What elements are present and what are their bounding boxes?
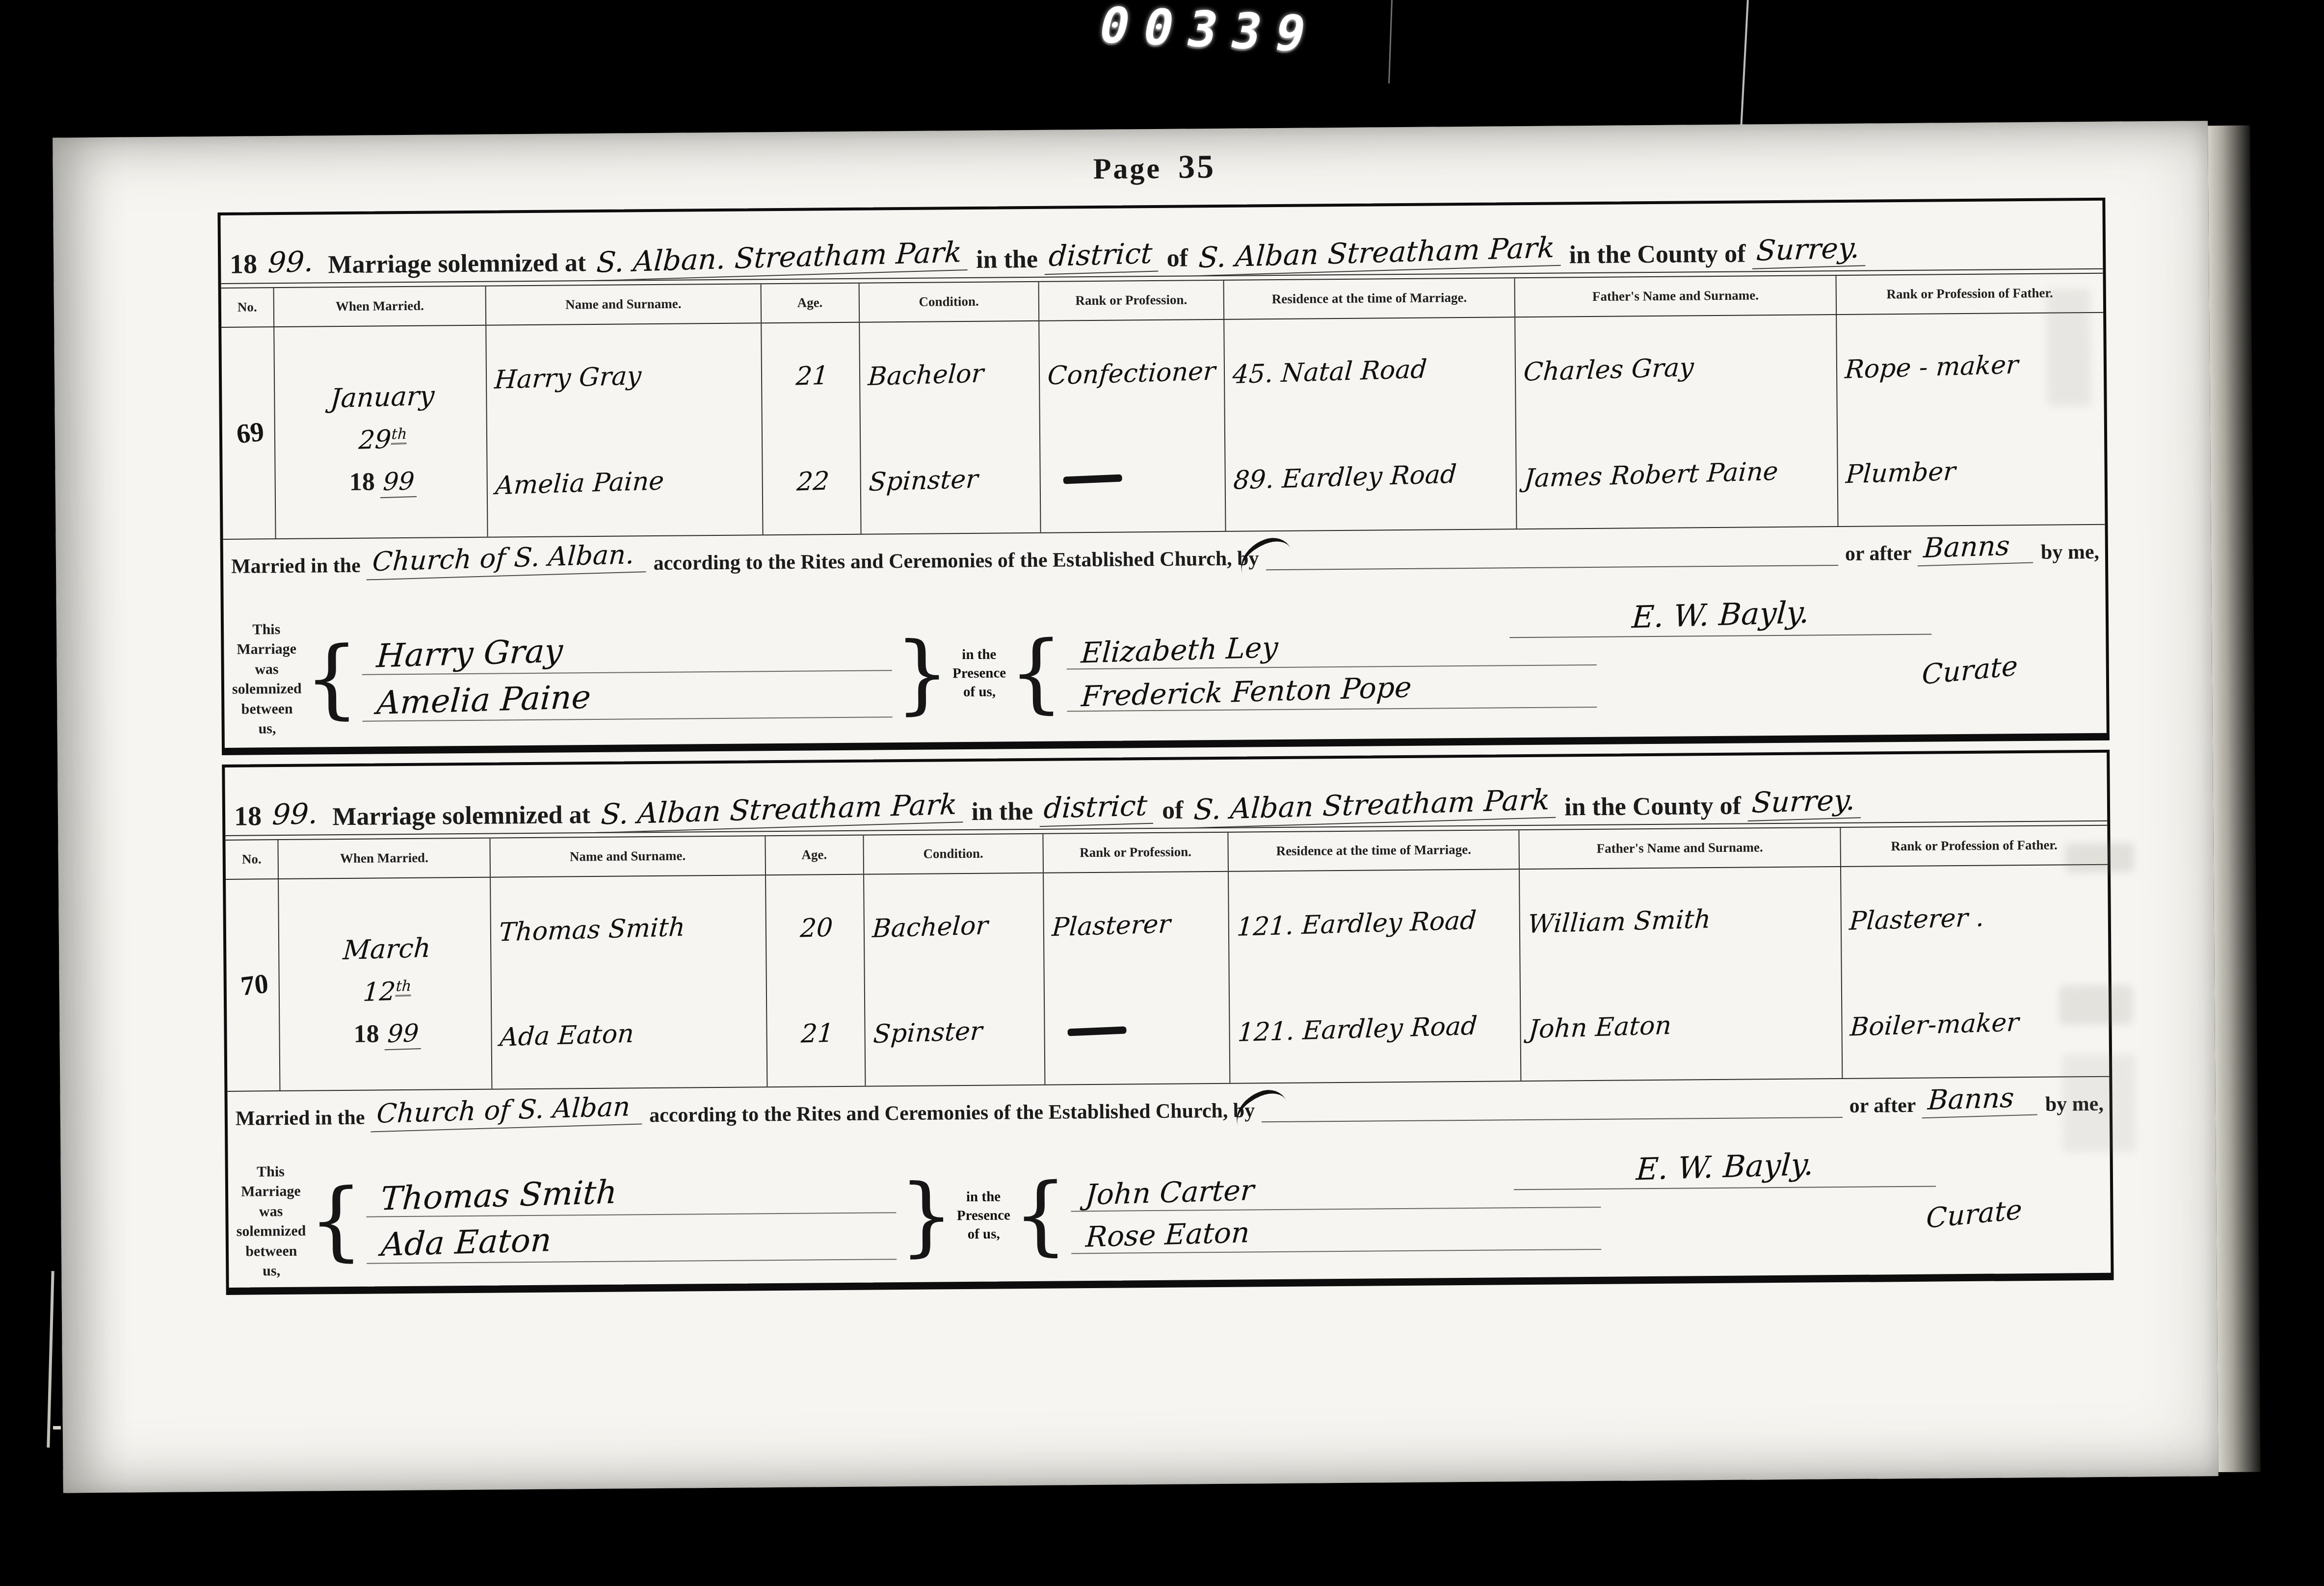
- groom-profession: Confectioner: [1047, 358, 1216, 389]
- film-scratch-line: [1388, 0, 1393, 83]
- bleed-through-smudge: [2062, 1054, 2137, 1152]
- marriage-year: 18 99: [353, 1019, 422, 1050]
- marriage-day: 29th: [358, 424, 408, 455]
- blank-rule: [1266, 538, 1838, 570]
- district-word: district: [1045, 237, 1160, 275]
- bride-father-rank: Boiler-maker: [1849, 1009, 2019, 1040]
- col-header-no: No.: [221, 288, 274, 327]
- groom-condition: Bachelor: [867, 361, 984, 390]
- col-header-condition: Condition.: [863, 834, 1043, 874]
- bride-name: Ada Eaton: [499, 1021, 634, 1050]
- district-place-value: S. Alban Streatham Park: [1190, 783, 1558, 828]
- brace-close: }: [899, 1184, 954, 1249]
- brace-open: {: [1013, 1183, 1068, 1248]
- witness-signatures: Elizabeth Ley Frederick Fenton Pope: [1066, 630, 1597, 712]
- or-after-label: or after: [1845, 542, 1912, 566]
- by-me-label: by me,: [2041, 540, 2099, 564]
- when-married-cell: March 12th 18 99: [287, 918, 487, 1050]
- col-header-name-surname: Name and Surname.: [490, 836, 765, 876]
- marriage-entry-69: 18 99. Marriage solemnized at S. Alban. …: [217, 198, 2110, 755]
- brace-open: {: [304, 646, 359, 711]
- entry-lower-section: Married in the Church of S. Alban. accor…: [223, 524, 2107, 744]
- col-header-residence: Residence at the time of Marriage.: [1223, 278, 1514, 319]
- bride-signature: Amelia Paine: [376, 678, 592, 722]
- entry-number: 70: [239, 968, 270, 1003]
- rites-line: Married in the Church of S. Alban accord…: [236, 1082, 2104, 1131]
- register-paper: Page35 18 99. Marriage solemnized at S. …: [53, 121, 2218, 1493]
- bride-age: 21: [800, 1020, 834, 1047]
- rites-label: according to the Rites and Ceremonies of…: [653, 547, 1259, 575]
- marriage-day: 12th: [362, 976, 412, 1007]
- groom-residence: 121. Eardley Road: [1236, 907, 1477, 940]
- witness-signature-1: John Carter: [1084, 1173, 1255, 1212]
- col-header-name-surname: Name and Surname.: [485, 284, 761, 324]
- signature-area: This Marriage was solemnized between us,…: [232, 610, 1577, 739]
- year-prefix: 18: [230, 248, 258, 280]
- place-value: S. Alban. Streatham Park: [592, 235, 969, 281]
- col-header-residence: Residence at the time of Marriage.: [1227, 830, 1519, 871]
- groom-father-rank: Rope - maker: [1844, 352, 2019, 382]
- page-label: Page: [1093, 152, 1162, 185]
- witness-signature-1: Elizabeth Ley: [1080, 631, 1279, 670]
- groom-residence: 45. Natal Road: [1232, 356, 1427, 387]
- groom-signature: Harry Gray: [375, 632, 564, 675]
- col-header-no: No.: [225, 840, 278, 879]
- groom-age: 20: [800, 915, 834, 941]
- married-in-label: Married in the: [231, 554, 361, 579]
- microfilm-frame-counter: 00339: [1094, 0, 1326, 63]
- or-after-label: or after: [1849, 1094, 1916, 1118]
- col-header-when-married: When Married.: [277, 839, 490, 878]
- marriage-month: March: [342, 932, 431, 965]
- marriage-entry-70: 18 99. Marriage solemnized at S. Alban S…: [222, 750, 2113, 1295]
- groom-father: Charles Gray: [1523, 354, 1695, 385]
- solemnized-at-label: Marriage solemnized at: [328, 248, 586, 279]
- blank-rule: [1262, 1090, 1843, 1122]
- county-value: Surrey.: [1748, 783, 1863, 821]
- book-spine-mark: [53, 1426, 61, 1429]
- rites-line: Married in the Church of S. Alban. accor…: [231, 530, 2099, 579]
- marriage-month: January: [329, 380, 435, 414]
- bleed-through-smudge: [2046, 289, 2091, 407]
- bride-residence: 121. Eardley Road: [1237, 1013, 1478, 1045]
- col-header-rank-profession: Rank or Profession.: [1038, 281, 1223, 320]
- groom-age: 21: [795, 363, 829, 389]
- solemnized-at-label: Marriage solemnized at: [332, 800, 590, 831]
- year-prefix: 18: [234, 800, 262, 832]
- page-number: 35: [1178, 148, 1216, 185]
- bride-profession-dash: [1063, 474, 1123, 484]
- bride-profession-dash: [1067, 1026, 1127, 1036]
- bleed-through-smudge: [2065, 843, 2134, 872]
- married-in-label: Married in the: [236, 1106, 365, 1131]
- col-header-father-name: Father's Name and Surname.: [1514, 276, 1836, 317]
- this-marriage-label: This Marriage was solemnized between us,: [236, 1162, 307, 1281]
- county-of-label: in the County of: [1564, 792, 1741, 822]
- bride-father-rank: Plumber: [1845, 458, 1956, 487]
- officiant-title: Curate: [1926, 1194, 2022, 1235]
- book-spine-highlight: [47, 1271, 54, 1448]
- presence-label: in the Presence of us,: [956, 1188, 1010, 1244]
- groom-father-rank: Plasterer .: [1849, 904, 1985, 934]
- county-of-label: in the County of: [1569, 239, 1745, 270]
- marriage-year: 18 99: [349, 467, 418, 498]
- couple-signatures: Harry Gray Amelia Paine: [362, 631, 892, 721]
- year-script: 99.: [264, 244, 321, 280]
- brace-open: {: [309, 1189, 364, 1253]
- bride-signature: Ada Eaton: [380, 1221, 553, 1264]
- bride-condition: Spinster: [868, 466, 979, 495]
- officiant-title: Curate: [1922, 650, 2018, 691]
- bride-name: Amelia Paine: [495, 468, 665, 499]
- in-the-label: in the: [971, 797, 1033, 826]
- banns-value: Banns: [1917, 529, 2035, 566]
- when-married-cell: January 29th 18 99: [283, 366, 483, 498]
- witness-signature-2: Frederick Fenton Pope: [1080, 670, 1412, 713]
- presence-label: in the Presence of us,: [952, 646, 1006, 702]
- of-label: of: [1166, 243, 1188, 272]
- groom-condition: Bachelor: [871, 913, 989, 942]
- col-header-when-married: When Married.: [273, 287, 486, 326]
- brace-open: {: [1009, 641, 1064, 706]
- this-marriage-label: This Marriage was solemnized between us,: [232, 619, 302, 739]
- banns-value: Banns: [1922, 1081, 2039, 1118]
- register-page: Page35 18 99. Marriage solemnized at S. …: [53, 120, 2262, 1497]
- church-value: Church of S. Alban.: [366, 538, 648, 580]
- entry-data-row: 69 January 29th 18 99 Harry Gray: [221, 313, 2105, 539]
- rites-label: according to the Rites and Ceremonies of…: [649, 1099, 1255, 1127]
- district-place-value: S. Alban Streatham Park: [1194, 231, 1562, 276]
- col-header-age: Age.: [760, 284, 859, 323]
- place-value: S. Alban Streatham Park: [597, 787, 965, 833]
- entry-number: 69: [235, 416, 266, 450]
- col-header-condition: Condition.: [858, 282, 1038, 322]
- witness-signatures: John Carter Rose Eaton: [1071, 1172, 1601, 1254]
- groom-profession: Plasterer: [1051, 911, 1171, 940]
- year-script: 99.: [268, 796, 326, 832]
- entry-data-row: 70 March 12th 18 99 Thomas Smith: [226, 865, 2109, 1091]
- col-header-rank-profession: Rank or Profession.: [1042, 833, 1227, 872]
- signature-area: This Marriage was solemnized between us,…: [236, 1155, 1582, 1278]
- bride-age: 22: [796, 468, 830, 495]
- bride-residence: 89. Eardley Road: [1233, 461, 1457, 493]
- bleed-through-smudge: [2059, 985, 2133, 1025]
- microfilm-scan: 00339 Page35 18 99. Marriage solemnized …: [0, 0, 2324, 1586]
- brace-close: }: [895, 642, 950, 707]
- bride-father: John Eaton: [1528, 1012, 1672, 1042]
- entry-lower-section: Married in the Church of S. Alban accord…: [227, 1076, 2111, 1283]
- col-header-age: Age.: [765, 836, 863, 875]
- district-word: district: [1040, 789, 1155, 827]
- in-the-label: in the: [976, 245, 1038, 274]
- groom-name: Thomas Smith: [498, 914, 686, 945]
- col-header-father-name: Father's Name and Surname.: [1519, 828, 1840, 869]
- couple-signatures: Thomas Smith Ada Eaton: [366, 1173, 897, 1264]
- witness-signature-2: Rose Eaton: [1084, 1216, 1250, 1254]
- county-value: Surrey.: [1752, 231, 1868, 269]
- bride-condition: Spinster: [872, 1018, 983, 1047]
- bride-father: James Robert Paine: [1524, 458, 1779, 491]
- church-value: Church of S. Alban: [370, 1090, 644, 1132]
- of-label: of: [1162, 796, 1184, 825]
- groom-signature: Thomas Smith: [380, 1173, 618, 1218]
- groom-father: William Smith: [1527, 906, 1711, 937]
- page-header: Page35: [1093, 147, 1215, 187]
- groom-name: Harry Gray: [494, 363, 642, 393]
